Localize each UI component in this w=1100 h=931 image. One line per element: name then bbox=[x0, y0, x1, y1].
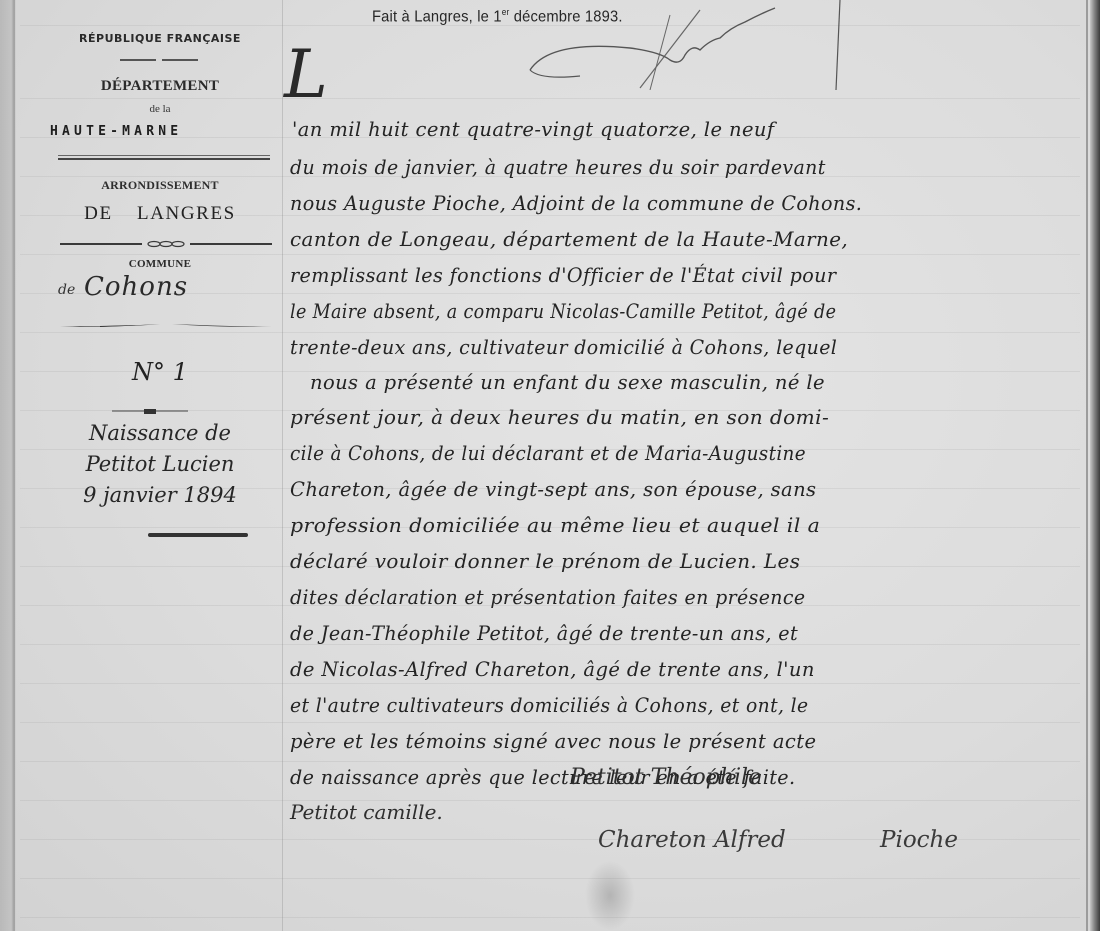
registry-page: RÉPUBLIQUE FRANÇAISE DÉPARTEMENT de la H… bbox=[0, 0, 1100, 931]
signature-chareton-alfred: Chareton Alfred bbox=[598, 827, 786, 853]
body-line: dites déclaration et présentation faites… bbox=[290, 586, 805, 609]
ornament-rule bbox=[60, 240, 272, 248]
departement-name: HAUTE-MARNE bbox=[50, 124, 310, 139]
commune-prefix: de bbox=[58, 282, 75, 298]
body-line: le Maire absent, a comparu Nicolas-Camil… bbox=[290, 300, 836, 323]
body-line: profession domiciliée au même lieu et au… bbox=[290, 514, 820, 537]
printed-date-prefix: Fait à Langres, le 1 bbox=[372, 8, 502, 25]
swoosh-divider bbox=[60, 322, 272, 330]
equals-divider bbox=[112, 409, 188, 415]
body-line: Chareton, âgée de vingt-sept ans, son ép… bbox=[290, 478, 816, 501]
commune-name-handwritten: Cohons bbox=[84, 272, 188, 302]
body-line: de Jean-Théophile Petitot, âgé de trente… bbox=[290, 622, 798, 645]
margin-divider bbox=[282, 0, 283, 931]
de-la-label: de la bbox=[40, 103, 280, 115]
commune-label: COMMUNE bbox=[40, 258, 280, 270]
signature-pioche: Pioche bbox=[880, 827, 958, 853]
body-line: canton de Longeau, département de la Hau… bbox=[290, 228, 848, 251]
page-edge-shadow bbox=[1090, 0, 1100, 931]
republique-heading: RÉPUBLIQUE FRANÇAISE bbox=[40, 32, 280, 45]
body-line: du mois de janvier, à quatre heures du s… bbox=[290, 156, 826, 179]
departement-label: DÉPARTEMENT bbox=[40, 78, 280, 95]
record-title-underline bbox=[148, 533, 248, 537]
body-line: remplissant les fonctions d'Officier de … bbox=[290, 264, 836, 287]
body-line: nous Auguste Pioche, Adjoint de la commu… bbox=[290, 192, 862, 215]
record-title-line: 9 janvier 1894 bbox=[40, 480, 280, 511]
body-line: père et les témoins signé avec nous le p… bbox=[290, 730, 816, 753]
signature-petitot-theophile: Petitot Théophile bbox=[570, 765, 761, 790]
ink-smudge bbox=[585, 860, 635, 931]
drop-cap: L bbox=[284, 42, 328, 108]
record-title-line: Petitot Lucien bbox=[40, 449, 280, 480]
record-title-line: Naissance de bbox=[40, 418, 280, 449]
double-rule bbox=[58, 155, 270, 160]
body-line: de Nicolas-Alfred Chareton, âgé de trent… bbox=[290, 658, 815, 681]
body-line: présent jour, à deux heures du matin, en… bbox=[290, 406, 829, 429]
marginal-annotation-scribble bbox=[520, 0, 860, 90]
right-margin-rule bbox=[1086, 0, 1088, 931]
signature-petitot-camille: Petitot camille. bbox=[290, 800, 443, 824]
arrondissement-name: DE LANGRES bbox=[40, 203, 280, 225]
divider-rule bbox=[162, 59, 198, 61]
body-line: trente-deux ans, cultivateur domicilié à… bbox=[290, 336, 837, 359]
divider-rule bbox=[120, 59, 156, 61]
body-line: déclaré vouloir donner le prénom de Luci… bbox=[290, 550, 800, 573]
arrondissement-label: ARRONDISSEMENT bbox=[40, 178, 280, 193]
body-line: et l'autre cultivateurs domiciliés à Coh… bbox=[290, 694, 809, 717]
record-title: Naissance de Petitot Lucien 9 janvier 18… bbox=[40, 418, 280, 511]
binding-gutter bbox=[0, 0, 16, 931]
body-line: cile à Cohons, de lui déclarant et de Ma… bbox=[290, 442, 806, 465]
body-line: nous a présenté un enfant du sexe mascul… bbox=[310, 371, 825, 394]
record-number: N° 1 bbox=[40, 358, 280, 386]
body-line: 'an mil huit cent quatre-vingt quatorze,… bbox=[292, 118, 774, 141]
